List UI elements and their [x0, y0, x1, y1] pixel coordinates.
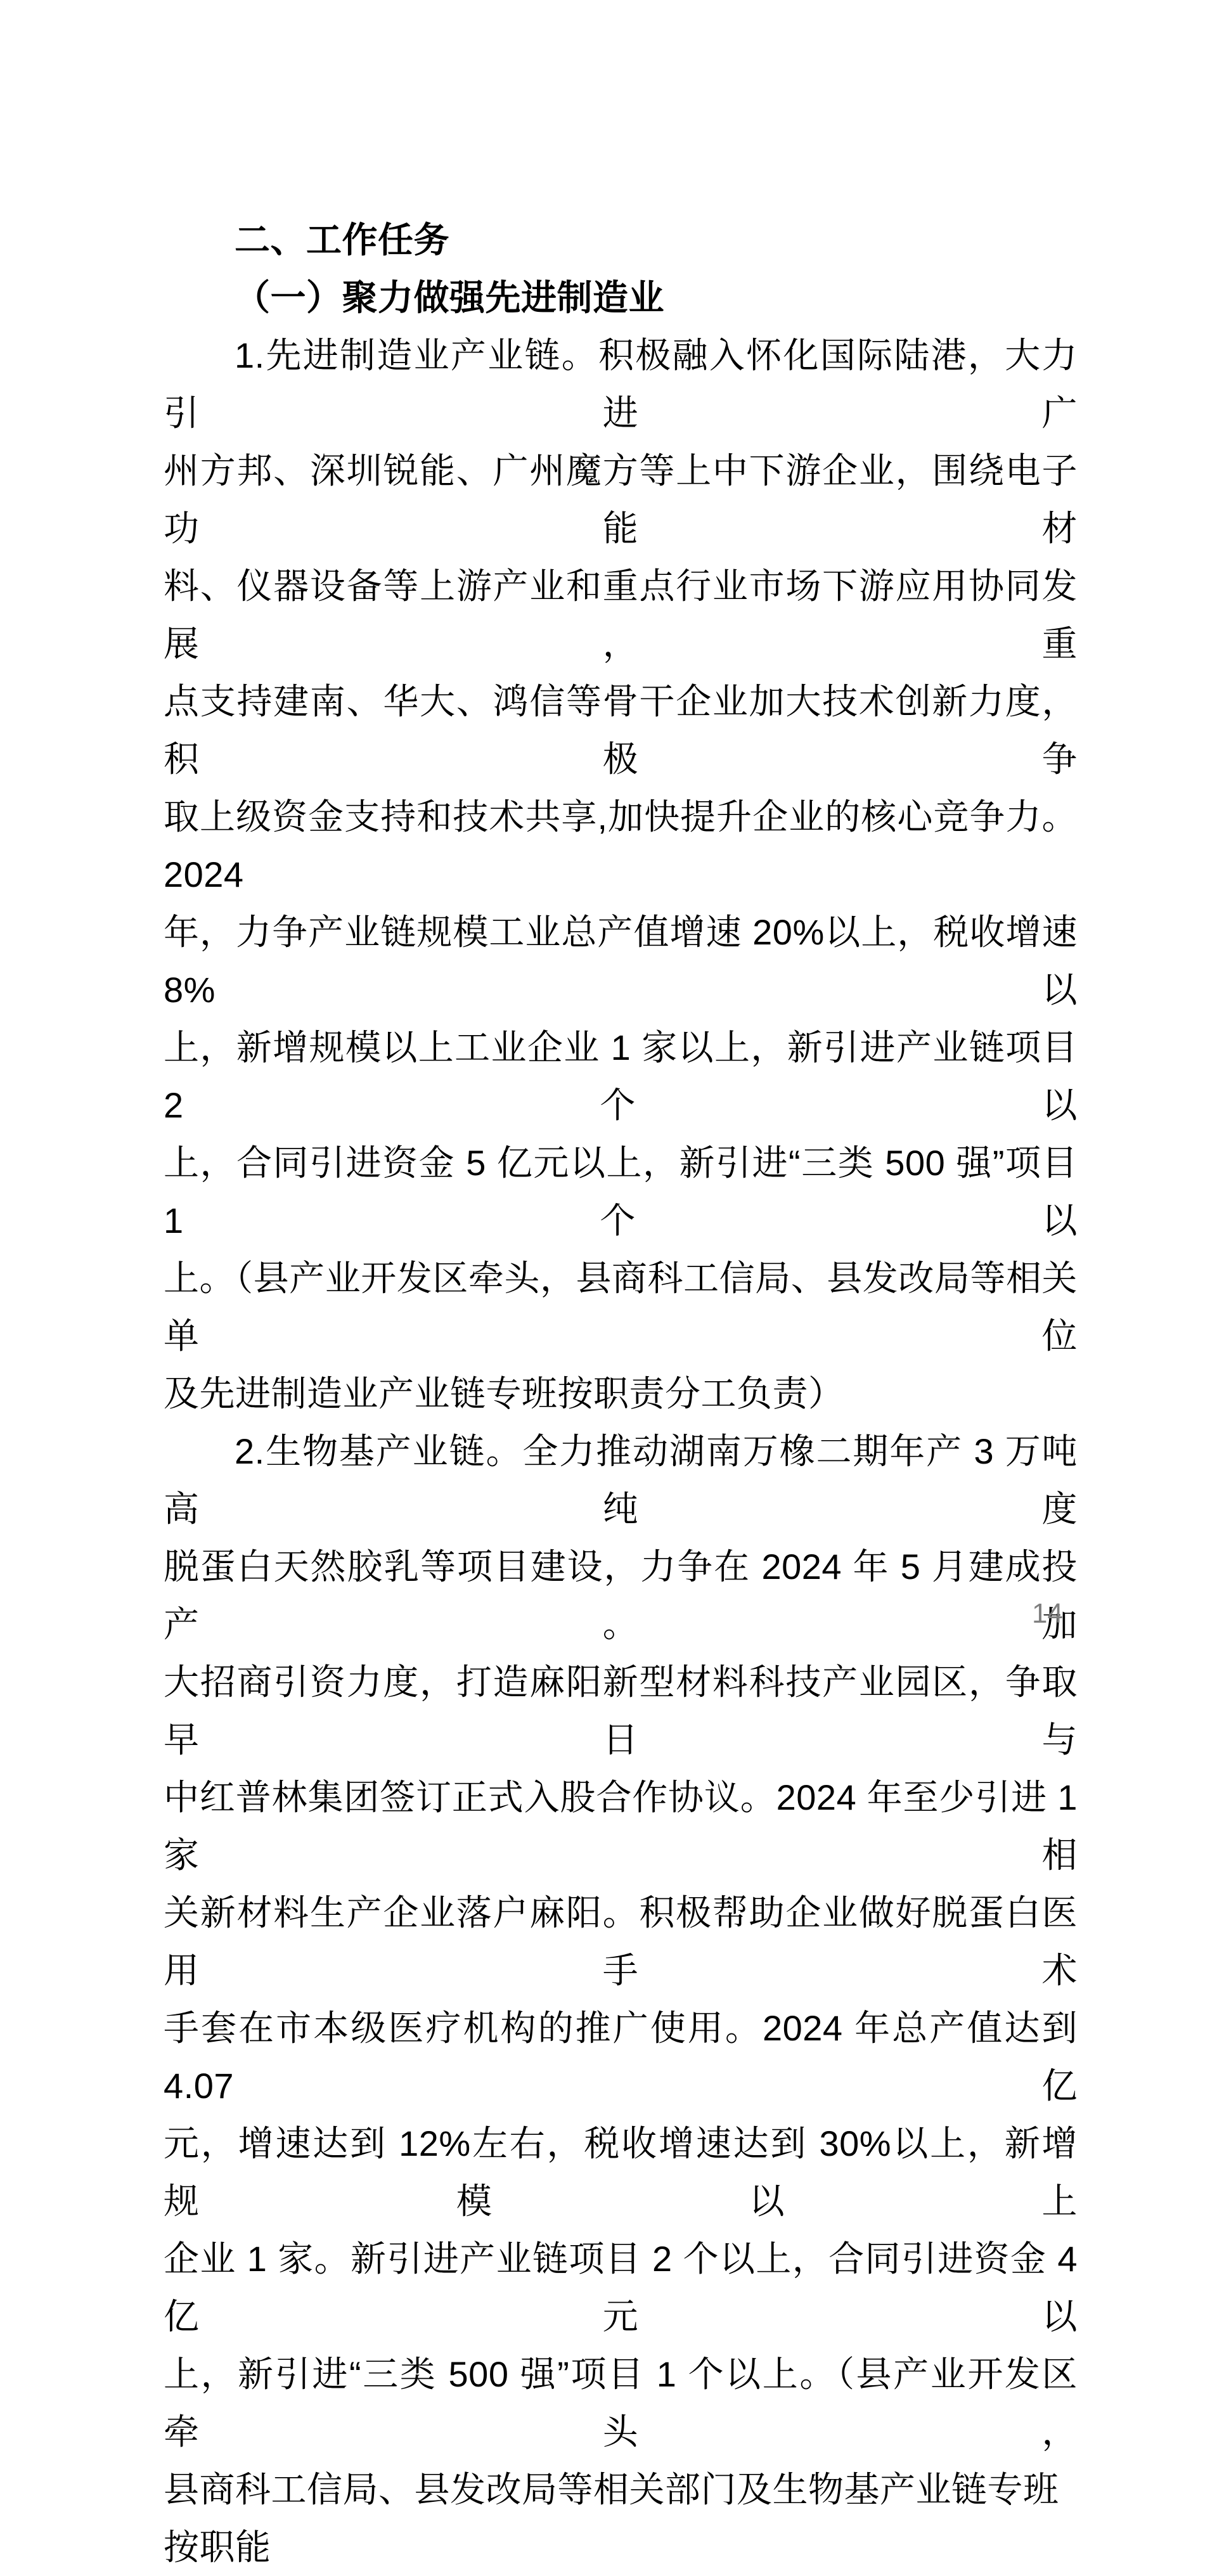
subsection-heading: （一）聚力做强先进制造业 [164, 269, 1078, 326]
text-line: 大招商引资力度，打造麻阳新型材料科技产业园区，争取早日与 [164, 1653, 1078, 1768]
text-line: 县商科工信局、县发改局等相关部门及生物基产业链专班按职能 [164, 2461, 1078, 2576]
text-line: 上，合同引进资金 5 亿元以上，新引进“三类 500 强”项目 1 个以 [164, 1134, 1078, 1249]
text-line: 及先进制造业产业链专班按职责分工负责） [164, 1365, 1078, 1422]
text-line: 州方邦、深圳锐能、广州魔方等上中下游企业，围绕电子功能材 [164, 442, 1078, 557]
text-line: 取上级资金支持和技术共享,加快提升企业的核心竞争力。2024 [164, 788, 1078, 903]
text-line: 上，新引进“三类 500 强”项目 1 个以上。（县产业开发区牵头， [164, 2345, 1078, 2461]
paragraph-1: 1.先进制造业产业链。积极融入怀化国际陆港，大力引进广 州方邦、深圳锐能、广州魔… [164, 326, 1078, 1422]
text-line: 中红普林集团签订正式入股合作协议。2024 年至少引进 1 家相 [164, 1768, 1078, 1884]
text-line: 料、仪器设备等上游产业和重点行业市场下游应用协同发展，重 [164, 557, 1078, 673]
page-number: 14 [1032, 1600, 1063, 1628]
section-heading: 二、工作任务 [164, 211, 1078, 269]
text-line: 脱蛋白天然胶乳等项目建设，力争在 2024 年 5 月建成投产。加 [164, 1538, 1078, 1653]
text-line: 关新材料生产企业落户麻阳。积极帮助企业做好脱蛋白医用手术 [164, 1884, 1078, 1999]
text-line: 企业 1 家。新引进产业链项目 2 个以上，合同引进资金 4 亿元以 [164, 2230, 1078, 2345]
document-page: { "page": { "number": "14", "background_… [0, 0, 1217, 1722]
text-line: 上，新增规模以上工业企业 1 家以上，新引进产业链项目 2 个以 [164, 1019, 1078, 1134]
text-line: 点支持建南、华大、鸿信等骨干企业加大技术创新力度，积极争 [164, 673, 1078, 788]
text-line: 年，力争产业链规模工业总产值增速 20%以上，税收增速 8%以 [164, 903, 1078, 1019]
text-line: 元，增速达到 12%左右，税收增速达到 30%以上，新增规模以上 [164, 2115, 1078, 2230]
text-line: 上。（县产业开发区牵头，县商科工信局、县发改局等相关单位 [164, 1249, 1078, 1365]
paragraph-2: 2.生物基产业链。全力推动湖南万橡二期年产 3 万吨高纯度 脱蛋白天然胶乳等项目… [164, 1422, 1078, 2576]
document-body: 二、工作任务 （一）聚力做强先进制造业 1.先进制造业产业链。积极融入怀化国际陆… [164, 211, 1078, 2576]
text-line: 1.先进制造业产业链。积极融入怀化国际陆港，大力引进广 [164, 326, 1078, 442]
text-line: 2.生物基产业链。全力推动湖南万橡二期年产 3 万吨高纯度 [164, 1422, 1078, 1538]
text-line: 手套在市本级医疗机构的推广使用。2024 年总产值达到 4.07 亿 [164, 1999, 1078, 2115]
